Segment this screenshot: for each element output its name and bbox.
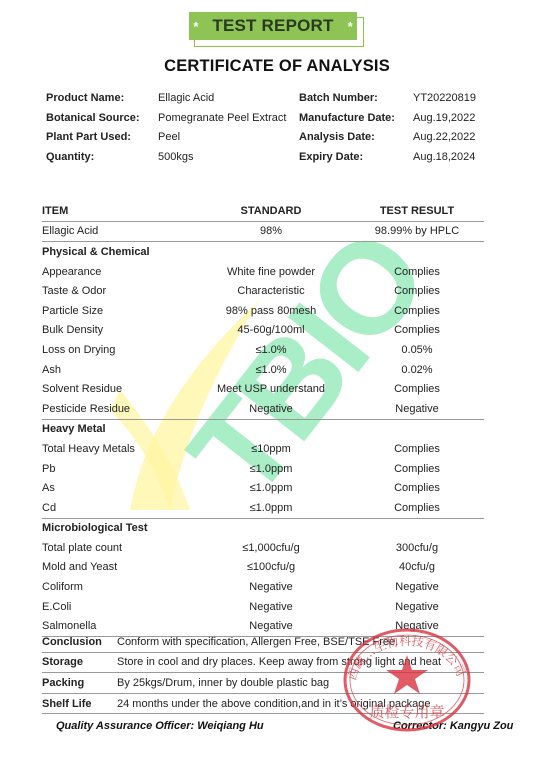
table-row: AppearanceWhite fine powderComplies xyxy=(42,262,484,282)
column-header-item: ITEM xyxy=(42,201,192,221)
cell-result: Complies xyxy=(350,281,484,301)
meta-value: YT20220819 xyxy=(413,92,476,104)
note-label: Conclusion xyxy=(42,636,117,648)
table-row: Mold and Yeast≤100cfu/g40cfu/g xyxy=(42,558,484,578)
corrector-signature: Corrector: Kangyu Zou xyxy=(393,720,513,732)
meta-label: Plant Part Used: xyxy=(46,131,131,143)
cell-item: Loss on Drying xyxy=(42,340,192,360)
meta-value: Aug.18,2024 xyxy=(413,151,475,163)
table-row: ColiformNegativeNegative xyxy=(42,577,484,597)
note-value: Store in cool and dry places. Keep away … xyxy=(117,656,484,668)
table-row: Cd≤1.0ppmComplies xyxy=(42,498,484,518)
cell-standard: ≤100cfu/g xyxy=(192,558,350,578)
meta-value: Aug.22,2022 xyxy=(413,131,475,143)
meta-value: Aug.19,2022 xyxy=(413,112,475,124)
table-header-row: ITEM STANDARD TEST RESULT xyxy=(42,201,484,221)
cell-result: Complies xyxy=(350,262,484,282)
cell-item: Ellagic Acid xyxy=(42,221,192,242)
meta-label: Expiry Date: xyxy=(299,151,363,163)
cell-standard: ≤1.0ppm xyxy=(192,498,350,518)
cell-result: Negative xyxy=(350,577,484,597)
cell-standard: Meet USP understand xyxy=(192,379,350,399)
cell-item: Total plate count xyxy=(42,538,192,558)
star-icon: * xyxy=(193,19,198,34)
cell-result: Complies xyxy=(350,379,484,399)
table-row: Taste & OdorCharacteristicComplies xyxy=(42,281,484,301)
cell-item: Ash xyxy=(42,360,192,380)
note-shelf-life: Shelf Life 24 months under the above con… xyxy=(42,694,484,715)
section-title: Physical & Chemical xyxy=(42,242,484,262)
cell-item: Pb xyxy=(42,459,192,479)
notes-section: Conclusion Conform with specification, A… xyxy=(42,632,484,714)
analysis-table: ITEM STANDARD TEST RESULT Ellagic Acid 9… xyxy=(42,201,484,637)
table-row: Total plate count≤1,000cfu/g300cfu/g xyxy=(42,538,484,558)
table-row: Solvent ResidueMeet USP understandCompli… xyxy=(42,379,484,399)
meta-label: Botanical Source: xyxy=(46,112,140,124)
cell-result: Complies xyxy=(350,301,484,321)
cell-item: Total Heavy Metals xyxy=(42,439,192,459)
cell-item: Coliform xyxy=(42,577,192,597)
cell-result: 40cfu/g xyxy=(350,558,484,578)
note-storage: Storage Store in cool and dry places. Ke… xyxy=(42,653,484,674)
cell-standard: Negative xyxy=(192,597,350,617)
cell-result: Complies xyxy=(350,439,484,459)
note-conclusion: Conclusion Conform with specification, A… xyxy=(42,632,484,653)
note-label: Shelf Life xyxy=(42,698,117,710)
star-icon: * xyxy=(348,19,353,34)
section-title: Heavy Metal xyxy=(42,419,484,439)
test-report-banner: * TEST REPORT * xyxy=(189,12,361,42)
note-label: Storage xyxy=(42,656,117,668)
section-title: Microbiological Test xyxy=(42,518,484,538)
note-value: By 25kgs/Drum, inner by double plastic b… xyxy=(117,677,484,689)
meta-value: Peel xyxy=(158,131,180,143)
cell-standard: White fine powder xyxy=(192,262,350,282)
cell-item: Pesticide Residue xyxy=(42,399,192,419)
note-packing: Packing By 25kgs/Drum, inner by double p… xyxy=(42,673,484,694)
cell-standard: 98% pass 80mesh xyxy=(192,301,350,321)
table-row: Pb≤1.0ppmComplies xyxy=(42,459,484,479)
section-header-row: Heavy Metal xyxy=(42,419,484,439)
cell-result: 0.05% xyxy=(350,340,484,360)
meta-label: Product Name: xyxy=(46,92,124,104)
cell-result: Negative xyxy=(350,597,484,617)
cell-result: 98.99% by HPLC xyxy=(350,221,484,242)
section-header-row: Physical & Chemical xyxy=(42,242,484,262)
cell-standard: ≤1.0ppm xyxy=(192,459,350,479)
cell-standard: 98% xyxy=(192,221,350,242)
cell-standard: ≤10ppm xyxy=(192,439,350,459)
cell-item: Appearance xyxy=(42,262,192,282)
cell-result: Complies xyxy=(350,321,484,341)
banner-face: * TEST REPORT * xyxy=(189,12,357,40)
cell-standard: ≤1.0% xyxy=(192,360,350,380)
table-row: Pesticide ResidueNegativeNegative xyxy=(42,399,484,419)
document-title: CERTIFICATE OF ANALYSIS xyxy=(0,57,554,76)
cell-item: Particle Size xyxy=(42,301,192,321)
cell-standard: ≤1.0% xyxy=(192,340,350,360)
meta-label: Analysis Date: xyxy=(299,131,375,143)
note-value: 24 months under the above condition,and … xyxy=(117,698,484,710)
meta-label: Manufacture Date: xyxy=(299,112,395,124)
column-header-standard: STANDARD xyxy=(192,201,350,221)
table-row: Total Heavy Metals≤10ppmComplies xyxy=(42,439,484,459)
banner-label: TEST REPORT xyxy=(212,16,333,36)
meta-value: Pomegranate Peel Extract xyxy=(158,112,286,124)
table-row: As≤1.0ppmComplies xyxy=(42,478,484,498)
note-label: Packing xyxy=(42,677,117,689)
table-row: Particle Size98% pass 80meshComplies xyxy=(42,301,484,321)
meta-label: Batch Number: xyxy=(299,92,378,104)
cell-item: Taste & Odor xyxy=(42,281,192,301)
cell-item: E.Coli xyxy=(42,597,192,617)
cell-standard: 45-60g/100ml xyxy=(192,321,350,341)
cell-result: Complies xyxy=(350,459,484,479)
cell-item: As xyxy=(42,478,192,498)
cell-result: 300cfu/g xyxy=(350,538,484,558)
cell-standard: ≤1.0ppm xyxy=(192,478,350,498)
table-row-assay: Ellagic Acid 98% 98.99% by HPLC xyxy=(42,221,484,242)
cell-item: Mold and Yeast xyxy=(42,558,192,578)
column-header-result: TEST RESULT xyxy=(350,201,484,221)
meta-value: Ellagic Acid xyxy=(158,92,214,104)
cell-result: Complies xyxy=(350,498,484,518)
cell-standard: ≤1,000cfu/g xyxy=(192,538,350,558)
table-row: E.ColiNegativeNegative xyxy=(42,597,484,617)
section-header-row: Microbiological Test xyxy=(42,518,484,538)
table-row: Bulk Density45-60g/100mlComplies xyxy=(42,321,484,341)
table-row: Ash≤1.0%0.02% xyxy=(42,360,484,380)
note-value: Conform with specification, Allergen Fre… xyxy=(117,636,484,648)
meta-label: Quantity: xyxy=(46,151,94,163)
cell-standard: Negative xyxy=(192,577,350,597)
cell-result: Negative xyxy=(350,399,484,419)
cell-standard: Characteristic xyxy=(192,281,350,301)
cell-standard: Negative xyxy=(192,399,350,419)
table-row: Loss on Drying≤1.0%0.05% xyxy=(42,340,484,360)
cell-result: Complies xyxy=(350,478,484,498)
cell-item: Solvent Residue xyxy=(42,379,192,399)
cell-result: 0.02% xyxy=(350,360,484,380)
cell-item: Cd xyxy=(42,498,192,518)
qa-officer-signature: Quality Assurance Officer: Weiqiang Hu xyxy=(56,720,264,732)
cell-item: Bulk Density xyxy=(42,321,192,341)
meta-value: 500kgs xyxy=(158,151,193,163)
